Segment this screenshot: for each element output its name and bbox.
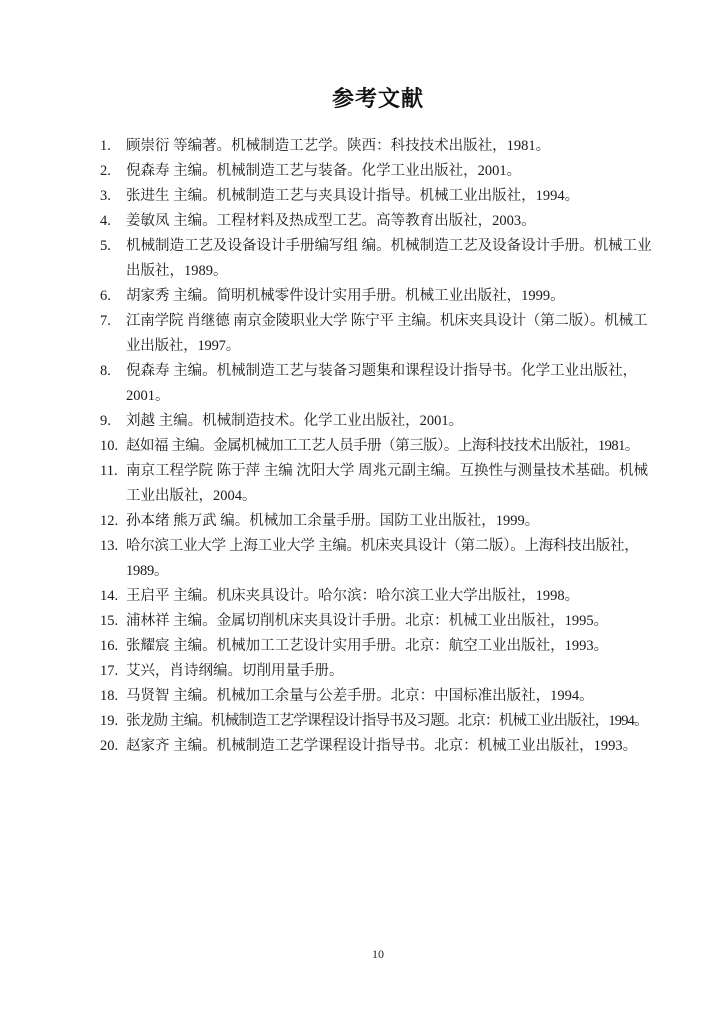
reference-item: 14. 王启平 主编。机床夹具设计。哈尔滨：哈尔滨工业大学出版社，1998。	[100, 584, 656, 609]
reference-item-text: 顾崇衍 等编著。机械制造工艺学。陕西：科技技术出版社，1981。	[126, 134, 656, 159]
reference-item-text: 马贤智 主编。机械加工余量与公差手册。北京：中国标准出版社，1994。	[126, 684, 656, 709]
reference-item-text: 张进生 主编。机械制造工艺与夹具设计指导。机械工业出版社，1994。	[126, 184, 656, 209]
reference-item: 17. 艾兴，肖诗纲编。切削用量手册。	[100, 659, 656, 684]
reference-item-number: 9.	[100, 409, 126, 434]
reference-item-number: 7.	[100, 309, 126, 334]
reference-item: 13. 哈尔滨工业大学 上海工业大学 主编。机床夹具设计（第二版）。上海科技出版…	[100, 534, 656, 584]
reference-item-number: 3.	[100, 184, 126, 209]
reference-item: 3. 张进生 主编。机械制造工艺与夹具设计指导。机械工业出版社，1994。	[100, 184, 656, 209]
reference-item-number: 18.	[100, 684, 126, 709]
reference-item-number: 2.	[100, 159, 126, 184]
reference-item-text: 倪森寿 主编。机械制造工艺与装备习题集和课程设计指导书。化学工业出版社，2001…	[126, 359, 656, 409]
reference-item-number: 14.	[100, 584, 126, 609]
reference-item: 20. 赵家齐 主编。机械制造工艺学课程设计指导书。北京：机械工业出版社，199…	[100, 734, 656, 759]
reference-item-number: 13.	[100, 534, 126, 559]
reference-item-text: 胡家秀 主编。简明机械零件设计实用手册。机械工业出版社，1999。	[126, 284, 656, 309]
reference-item-text: 张耀宸 主编。机械加工工艺设计实用手册。北京：航空工业出版社，1993。	[126, 634, 656, 659]
document-page: 参考文献 1. 顾崇衍 等编著。机械制造工艺学。陕西：科技技术出版社，1981。…	[0, 0, 724, 1024]
reference-item: 4. 姜敏凤 主编。工程材料及热成型工艺。高等教育出版社，2003。	[100, 209, 656, 234]
reference-item-number: 15.	[100, 609, 126, 634]
reference-item-text: 赵家齐 主编。机械制造工艺学课程设计指导书。北京：机械工业出版社，1993。	[126, 734, 656, 759]
reference-item-number: 10.	[100, 434, 126, 459]
page-title: 参考文献	[100, 82, 656, 113]
reference-item-number: 1.	[100, 134, 126, 159]
reference-item-number: 6.	[100, 284, 126, 309]
reference-item: 6. 胡家秀 主编。简明机械零件设计实用手册。机械工业出版社，1999。	[100, 284, 656, 309]
reference-item-text: 机械制造工艺及设备设计手册编写组 编。机械制造工艺及设备设计手册。机械工业出版社…	[126, 234, 656, 284]
reference-item: 12. 孙本绪 熊万武 编。机械加工余量手册。国防工业出版社，1999。	[100, 509, 656, 534]
reference-item-text: 孙本绪 熊万武 编。机械加工余量手册。国防工业出版社，1999。	[126, 509, 656, 534]
reference-item: 8. 倪森寿 主编。机械制造工艺与装备习题集和课程设计指导书。化学工业出版社，2…	[100, 359, 656, 409]
reference-item-text: 艾兴，肖诗纲编。切削用量手册。	[126, 659, 656, 684]
reference-item-text: 浦林祥 主编。金属切削机床夹具设计手册。北京：机械工业出版社，1995。	[126, 609, 656, 634]
reference-item-number: 11.	[100, 459, 126, 484]
reference-item-text: 刘越 主编。机械制造技术。化学工业出版社，2001。	[126, 409, 656, 434]
reference-item: 1. 顾崇衍 等编著。机械制造工艺学。陕西：科技技术出版社，1981。	[100, 134, 656, 159]
reference-item-number: 20.	[100, 734, 126, 759]
reference-item-number: 8.	[100, 359, 126, 384]
reference-item: 16. 张耀宸 主编。机械加工工艺设计实用手册。北京：航空工业出版社，1993。	[100, 634, 656, 659]
reference-item: 7. 江南学院 肖继德 南京金陵职业大学 陈宁平 主编。机床夹具设计（第二版）。…	[100, 309, 656, 359]
reference-item: 9. 刘越 主编。机械制造技术。化学工业出版社，2001。	[100, 409, 656, 434]
reference-item: 19. 张龙勋 主编。机械制造工艺学课程设计指导书及习题。北京：机械工业出版社，…	[100, 709, 656, 734]
reference-item: 2. 倪森寿 主编。机械制造工艺与装备。化学工业出版社，2001。	[100, 159, 656, 184]
reference-item: 15. 浦林祥 主编。金属切削机床夹具设计手册。北京：机械工业出版社，1995。	[100, 609, 656, 634]
reference-item-number: 16.	[100, 634, 126, 659]
reference-item: 5. 机械制造工艺及设备设计手册编写组 编。机械制造工艺及设备设计手册。机械工业…	[100, 234, 656, 284]
reference-item: 11. 南京工程学院 陈于萍 主编 沈阳大学 周兆元副主编。互换性与测量技术基础…	[100, 459, 656, 509]
reference-item-text: 哈尔滨工业大学 上海工业大学 主编。机床夹具设计（第二版）。上海科技出版社，19…	[126, 534, 656, 584]
page-number: 10	[100, 947, 656, 962]
reference-item-number: 17.	[100, 659, 126, 684]
reference-item-number: 12.	[100, 509, 126, 534]
reference-item-text: 倪森寿 主编。机械制造工艺与装备。化学工业出版社，2001。	[126, 159, 656, 184]
reference-item-text: 王启平 主编。机床夹具设计。哈尔滨：哈尔滨工业大学出版社，1998。	[126, 584, 656, 609]
reference-item: 10. 赵如福 主编。金属机械加工工艺人员手册（第三版）。上海科技技术出版社，1…	[100, 434, 656, 459]
reference-item-text: 赵如福 主编。金属机械加工工艺人员手册（第三版）。上海科技技术出版社，1981。	[126, 434, 656, 459]
reference-item-text: 江南学院 肖继德 南京金陵职业大学 陈宁平 主编。机床夹具设计（第二版）。机械工…	[126, 309, 656, 359]
reference-item-number: 4.	[100, 209, 126, 234]
reference-list: 1. 顾崇衍 等编著。机械制造工艺学。陕西：科技技术出版社，1981。 2. 倪…	[100, 134, 656, 759]
reference-item-number: 19.	[100, 709, 126, 734]
reference-item-text: 南京工程学院 陈于萍 主编 沈阳大学 周兆元副主编。互换性与测量技术基础。机械工…	[126, 459, 656, 509]
reference-item-text: 张龙勋 主编。机械制造工艺学课程设计指导书及习题。北京：机械工业出版社，1994…	[126, 709, 656, 734]
reference-item: 18. 马贤智 主编。机械加工余量与公差手册。北京：中国标准出版社，1994。	[100, 684, 656, 709]
reference-item-number: 5.	[100, 234, 126, 259]
reference-item-text: 姜敏凤 主编。工程材料及热成型工艺。高等教育出版社，2003。	[126, 209, 656, 234]
